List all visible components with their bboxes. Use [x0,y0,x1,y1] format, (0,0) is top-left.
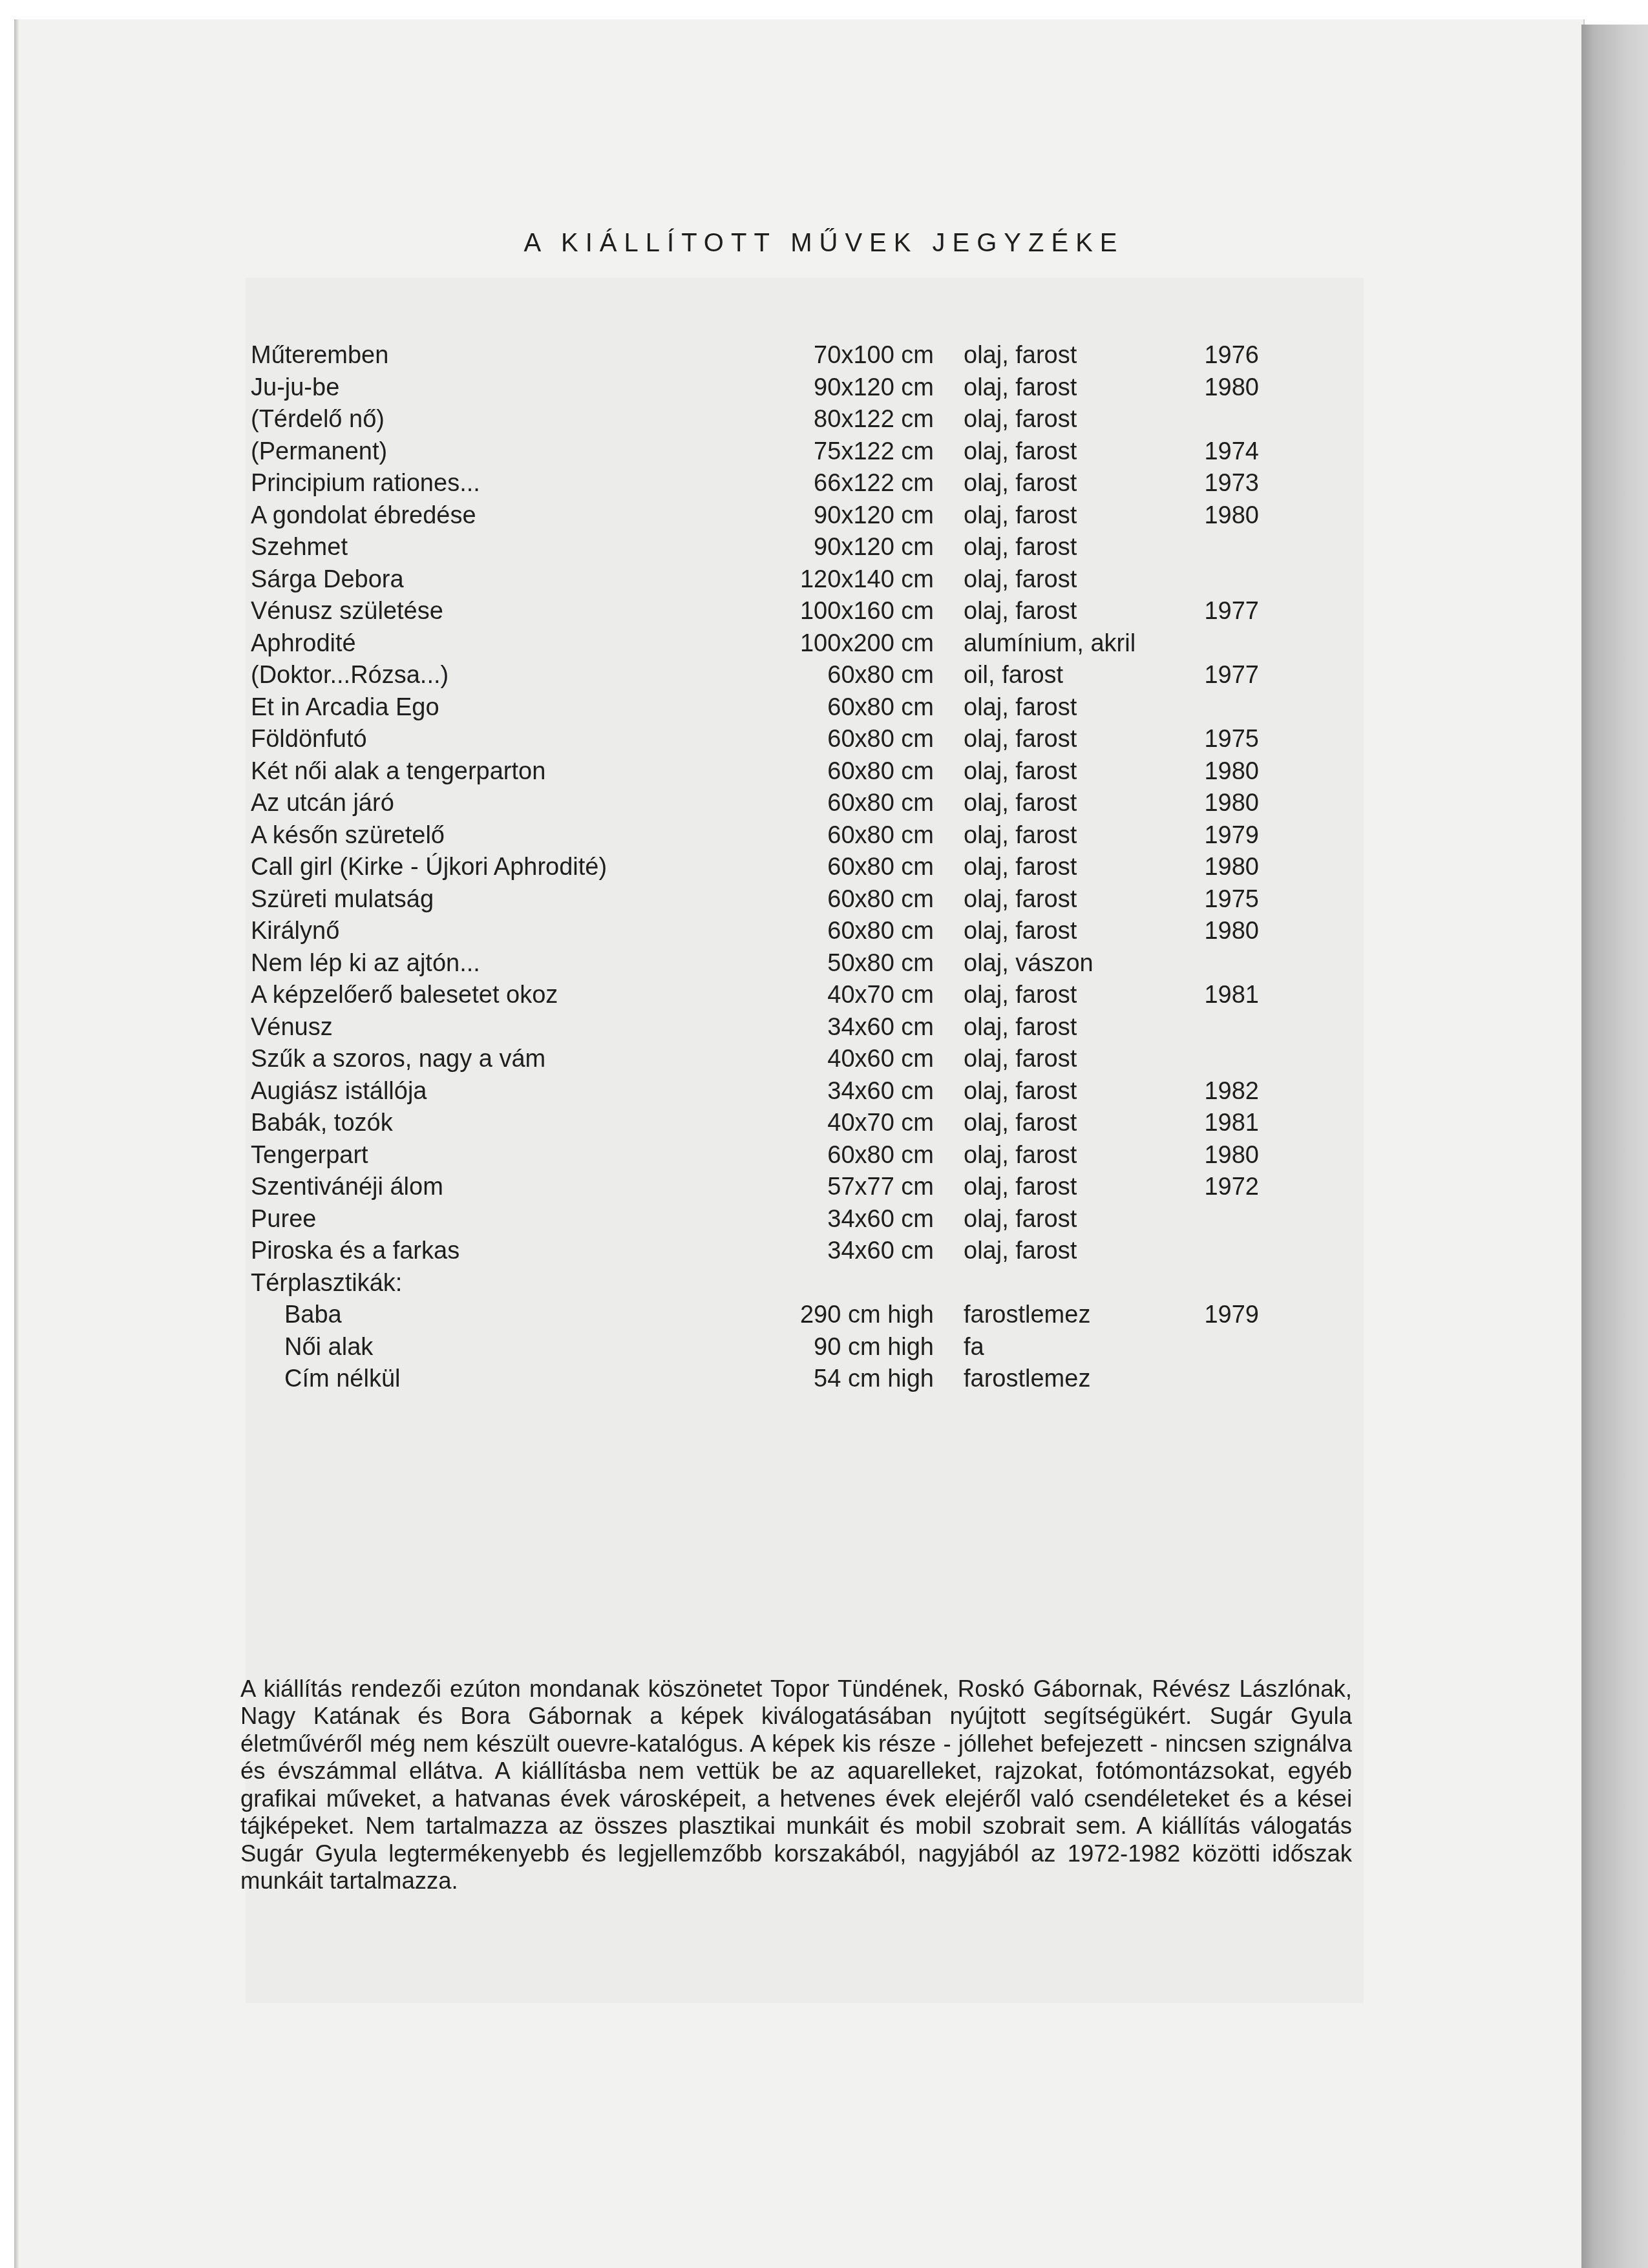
work-year: 1972 [1204,1171,1259,1204]
work-row: Puree34x60 cmolaj, farost [251,1204,1272,1236]
work-year: 1980 [1204,372,1259,404]
work-material: olaj, farost [964,756,1077,788]
work-title: Aphrodité [251,628,356,660]
work-material: olaj, farost [964,468,1077,500]
work-year: 1974 [1204,436,1259,468]
works-list: Műteremben70x100 cmolaj, farost1976Ju-ju… [251,340,1272,1396]
work-dimensions: 40x70 cm [827,1108,934,1140]
work-title: Az utcán járó [251,788,394,820]
work-year: 1977 [1204,660,1259,692]
work-material: olaj, farost [964,1108,1077,1140]
work-material: olaj, farost [964,340,1077,372]
acknowledgement-paragraph: A kiállítás rendezői ezúton mondanak kös… [240,1675,1352,1895]
work-row: Principium rationes...66x122 cmolaj, far… [251,468,1272,500]
work-row: Szehmet90x120 cmolaj, farost [251,532,1272,564]
work-dimensions: 66x122 cm [814,468,934,500]
work-dimensions: 60x80 cm [827,724,934,756]
work-dimensions: 60x80 cm [827,820,934,852]
work-title: Szentivánéji álom [251,1171,443,1204]
work-title: Baba [284,1299,342,1332]
work-dimensions: 90x120 cm [814,500,934,532]
work-material: olaj, farost [964,820,1077,852]
sculptures-heading-text: Térplasztikák: [251,1268,402,1300]
book-binding-edge [1581,25,1648,2268]
work-row: Királynő60x80 cmolaj, farost1980 [251,916,1272,948]
work-title: A képzelőerő balesetet okoz [251,980,558,1012]
work-material: alumínium, akril [964,628,1136,660]
work-dimensions: 80x122 cm [814,404,934,436]
work-dimensions: 60x80 cm [827,660,934,692]
work-dimensions: 90 cm high [814,1332,934,1364]
work-title: Augiász istállója [251,1076,427,1108]
work-row: Augiász istállója34x60 cmolaj, farost198… [251,1076,1272,1108]
work-year: 1973 [1204,468,1259,500]
work-row: Babák, tozók40x70 cmolaj, farost1981 [251,1108,1272,1140]
work-title: Piroska és a farkas [251,1235,460,1268]
work-material: olaj, farost [964,436,1077,468]
work-row: Az utcán járó60x80 cmolaj, farost1980 [251,788,1272,820]
work-dimensions: 60x80 cm [827,756,934,788]
sculpture-row: Baba290 cm highfarostlemez1979 [251,1299,1272,1332]
work-row: Nem lép ki az ajtón...50x80 cmolaj, vász… [251,948,1272,980]
work-material: olaj, farost [964,1012,1077,1044]
work-title: Ju-ju-be [251,372,339,404]
work-dimensions: 34x60 cm [827,1012,934,1044]
work-year: 1980 [1204,1140,1259,1172]
work-material: olaj, farost [964,788,1077,820]
work-dimensions: 34x60 cm [827,1076,934,1108]
work-title: Szehmet [251,532,348,564]
work-year: 1981 [1204,1108,1259,1140]
work-title: Call girl (Kirke - Újkori Aphrodité) [251,852,607,884]
work-year: 1976 [1204,340,1259,372]
work-row: Műteremben70x100 cmolaj, farost1976 [251,340,1272,372]
work-dimensions: 34x60 cm [827,1235,934,1268]
work-title: Nem lép ki az ajtón... [251,948,480,980]
work-dimensions: 57x77 cm [827,1171,934,1204]
work-row: Szüreti mulatság60x80 cmolaj, farost1975 [251,884,1272,916]
work-row: A gondolat ébredése90x120 cmolaj, farost… [251,500,1272,532]
work-row: Et in Arcadia Ego60x80 cmolaj, farost [251,692,1272,724]
work-material: olaj, farost [964,1235,1077,1268]
work-title: Et in Arcadia Ego [251,692,439,724]
work-dimensions: 60x80 cm [827,916,934,948]
work-row: (Permanent)75x122 cmolaj, farost1974 [251,436,1272,468]
work-row: Ju-ju-be90x120 cmolaj, farost1980 [251,372,1272,404]
work-material: olaj, farost [964,916,1077,948]
work-title: Babák, tozók [251,1108,393,1140]
work-title: Puree [251,1204,316,1236]
work-dimensions: 120x140 cm [800,564,934,596]
work-material: olaj, farost [964,500,1077,532]
work-row: Vénusz34x60 cmolaj, farost [251,1012,1272,1044]
work-title: Tengerpart [251,1140,368,1172]
work-row: (Doktor...Rózsa...)60x80 cmoil, farost19… [251,660,1272,692]
work-title: Királynő [251,916,339,948]
work-material: olaj, farost [964,1204,1077,1236]
work-title: (Térdelő nő) [251,404,385,436]
work-material: olaj, farost [964,852,1077,884]
work-row: (Térdelő nő)80x122 cmolaj, farost [251,404,1272,436]
work-row: Sárga Debora120x140 cmolaj, farost [251,564,1272,596]
work-title: Szűk a szoros, nagy a vám [251,1044,545,1076]
work-year: 1979 [1204,1299,1259,1332]
work-title: (Doktor...Rózsa...) [251,660,449,692]
work-dimensions: 40x60 cm [827,1044,934,1076]
work-row: Földönfutó60x80 cmolaj, farost1975 [251,724,1272,756]
work-row: Szentivánéji álom57x77 cmolaj, farost197… [251,1171,1272,1204]
work-dimensions: 54 cm high [814,1363,934,1396]
work-material: farostlemez [964,1299,1090,1332]
work-row: A képzelőerő balesetet okoz40x70 cmolaj,… [251,980,1272,1012]
work-title: Vénusz születése [251,596,443,628]
work-year: 1980 [1204,500,1259,532]
work-dimensions: 60x80 cm [827,1140,934,1172]
work-material: olaj, farost [964,884,1077,916]
work-material: olaj, farost [964,1044,1077,1076]
work-material: olaj, farost [964,372,1077,404]
work-title: Sárga Debora [251,564,404,596]
work-title: Női alak [284,1332,373,1364]
work-material: olaj, farost [964,596,1077,628]
work-row: Tengerpart60x80 cmolaj, farost1980 [251,1140,1272,1172]
work-material: olaj, farost [964,1076,1077,1108]
work-title: A gondolat ébredése [251,500,476,532]
work-dimensions: 290 cm high [800,1299,934,1332]
work-row: Call girl (Kirke - Újkori Aphrodité)60x8… [251,852,1272,884]
work-year: 1980 [1204,788,1259,820]
work-dimensions: 75x122 cm [814,436,934,468]
work-dimensions: 100x160 cm [800,596,934,628]
work-material: olaj, farost [964,724,1077,756]
work-material: oil, farost [964,660,1063,692]
work-dimensions: 60x80 cm [827,788,934,820]
work-title: (Permanent) [251,436,387,468]
work-year: 1980 [1204,852,1259,884]
work-dimensions: 40x70 cm [827,980,934,1012]
sculpture-row: Női alak90 cm highfa [251,1332,1272,1364]
page-title: A KIÁLLÍTOTT MŰVEK JEGYZÉKE [0,229,1648,258]
work-title: Vénusz [251,1012,333,1044]
work-dimensions: 60x80 cm [827,852,934,884]
work-material: olaj, farost [964,404,1077,436]
work-year: 1975 [1204,724,1259,756]
work-row: Két női alak a tengerparton60x80 cmolaj,… [251,756,1272,788]
work-dimensions: 90x120 cm [814,532,934,564]
work-title: Műteremben [251,340,388,372]
work-dimensions: 50x80 cm [827,948,934,980]
work-title: A későn szüretelő [251,820,445,852]
work-row: A későn szüretelő60x80 cmolaj, farost197… [251,820,1272,852]
work-material: farostlemez [964,1363,1090,1396]
work-material: olaj, farost [964,980,1077,1012]
work-material: olaj, farost [964,532,1077,564]
work-year: 1981 [1204,980,1259,1012]
work-title: Szüreti mulatság [251,884,434,916]
work-material: olaj, farost [964,1171,1077,1204]
work-row: Aphrodité100x200 cmalumínium, akril [251,628,1272,660]
sculptures-heading: Térplasztikák: [251,1268,1272,1300]
work-row: Piroska és a farkas34x60 cmolaj, farost [251,1235,1272,1268]
sculpture-row: Cím nélkül54 cm highfarostlemez [251,1363,1272,1396]
work-year: 1982 [1204,1076,1259,1108]
work-dimensions: 60x80 cm [827,884,934,916]
work-row: Vénusz születése100x160 cmolaj, farost19… [251,596,1272,628]
work-material: fa [964,1332,984,1364]
work-dimensions: 100x200 cm [800,628,934,660]
work-title: Cím nélkül [284,1363,401,1396]
work-title: Földönfutó [251,724,367,756]
work-year: 1979 [1204,820,1259,852]
work-year: 1977 [1204,596,1259,628]
work-material: olaj, farost [964,1140,1077,1172]
work-title: Principium rationes... [251,468,480,500]
work-material: olaj, farost [964,692,1077,724]
work-material: olaj, vászon [964,948,1093,980]
work-dimensions: 70x100 cm [814,340,934,372]
work-title: Két női alak a tengerparton [251,756,545,788]
work-year: 1975 [1204,884,1259,916]
work-year: 1980 [1204,756,1259,788]
work-dimensions: 90x120 cm [814,372,934,404]
work-year: 1980 [1204,916,1259,948]
work-row: Szűk a szoros, nagy a vám40x60 cmolaj, f… [251,1044,1272,1076]
work-dimensions: 34x60 cm [827,1204,934,1236]
work-material: olaj, farost [964,564,1077,596]
work-dimensions: 60x80 cm [827,692,934,724]
